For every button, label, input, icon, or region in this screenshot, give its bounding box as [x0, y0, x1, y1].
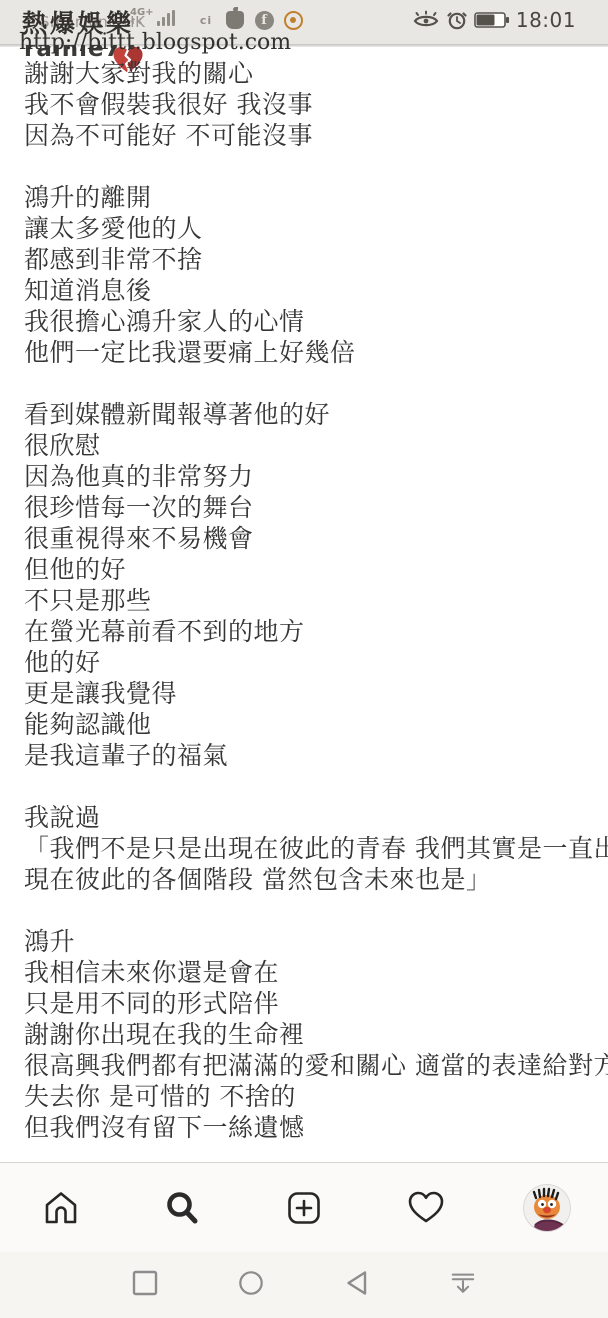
pulldown-icon — [450, 1269, 476, 1297]
post-line: 因為不可能好 不可能沒事 — [24, 120, 602, 151]
ci-app-icon: ci — [196, 10, 216, 30]
phone-screen: SmarTone HK 4G+ ↑↓ ci f — [0, 0, 608, 1318]
post-line — [24, 151, 602, 182]
post-line: 都感到非常不捨 — [24, 244, 602, 275]
post-line: 讓太多愛他的人 — [24, 213, 602, 244]
post-line: 更是讓我覺得 — [24, 678, 602, 709]
watermark-site-url: http://bittt.blogspot.com — [19, 30, 291, 55]
post-line: 我不會假裝我很好 我沒事 — [24, 89, 602, 120]
home-circle-icon — [238, 1269, 264, 1297]
back-triangle-icon — [344, 1269, 370, 1297]
post-line: 在螢光幕前看不到的地方 — [24, 616, 602, 647]
post-line: 鴻升 — [24, 926, 602, 957]
post-line: 因為他真的非常努力 — [24, 461, 602, 492]
post-line: 「我們不是只是出現在彼此的青春 我們其實是一直出 — [24, 833, 602, 864]
post-line: 很高興我們都有把滿滿的愛和關心 適當的表達給對方 — [24, 1050, 602, 1081]
home-icon — [42, 1189, 80, 1227]
post-line: 失去你 是可惜的 不捨的 — [24, 1081, 602, 1112]
post-line: 鴻升的離開 — [24, 182, 602, 213]
tab-home[interactable] — [0, 1189, 122, 1227]
signal-bars-icon — [157, 10, 175, 26]
alarm-icon — [446, 9, 468, 31]
post-line: 我說過 — [24, 802, 602, 833]
post-line: 但他的好 — [24, 554, 602, 585]
post-line — [24, 771, 602, 802]
post-line: 他們一定比我還要痛上好幾倍 — [24, 337, 602, 368]
post-line: 很珍惜每一次的舞台 — [24, 492, 602, 523]
post-line — [24, 368, 602, 399]
post-text: 謝謝大家對我的關心我不會假裝我很好 我沒事因為不可能好 不可能沒事 鴻升的離開讓… — [24, 58, 602, 1143]
recents-square-icon — [132, 1270, 158, 1296]
post-line: 看到媒體新聞報導著他的好 — [24, 399, 602, 430]
battery-icon — [474, 11, 510, 29]
tab-profile[interactable] — [486, 1185, 608, 1231]
store-app-icon — [226, 11, 244, 29]
network-indicator: 4G+ ↑↓ — [130, 8, 175, 26]
post-line: 我相信未來你還是會在 — [24, 957, 602, 988]
post-line: 他的好 — [24, 647, 602, 678]
post-line: 能夠認識他 — [24, 709, 602, 740]
profile-avatar — [524, 1185, 570, 1231]
facebook-icon: f — [255, 11, 274, 30]
eye-comfort-icon — [412, 10, 440, 30]
android-nav-bar — [0, 1252, 608, 1318]
create-post-icon — [285, 1189, 323, 1227]
post-line: 我很擔心鴻升家人的心情 — [24, 306, 602, 337]
tab-create-post[interactable] — [243, 1189, 365, 1227]
tab-search[interactable] — [122, 1189, 244, 1227]
search-icon — [163, 1189, 201, 1227]
post-line: 很重視得來不易機會 — [24, 523, 602, 554]
post-line: 但我們沒有留下一絲遺憾 — [24, 1112, 602, 1143]
post-line: 謝謝大家對我的關心 — [24, 58, 602, 89]
home-button[interactable] — [238, 1268, 264, 1298]
notification-icons: ci f — [196, 10, 303, 30]
post-line: 謝謝你出現在我的生命裡 — [24, 1019, 602, 1050]
tab-activity[interactable] — [365, 1189, 487, 1227]
instagram-tab-bar — [0, 1162, 608, 1252]
status-right-group: 18:01 — [412, 8, 576, 32]
post-line: 知道消息後 — [24, 275, 602, 306]
post-line: 只是用不同的形式陪伴 — [24, 988, 602, 1019]
notification-pulldown-button[interactable] — [450, 1268, 476, 1298]
camera-app-icon — [284, 11, 303, 30]
clock-time: 18:01 — [516, 8, 576, 32]
post-line: 不只是那些 — [24, 585, 602, 616]
post-line — [24, 895, 602, 926]
heart-icon — [406, 1189, 446, 1227]
back-button[interactable] — [344, 1268, 370, 1298]
post-line: 現在彼此的各個階段 當然包含未來也是」 — [24, 864, 602, 895]
post-line: 很欣慰 — [24, 430, 602, 461]
recents-button[interactable] — [132, 1268, 158, 1298]
post-line: 是我這輩子的福氣 — [24, 740, 602, 771]
